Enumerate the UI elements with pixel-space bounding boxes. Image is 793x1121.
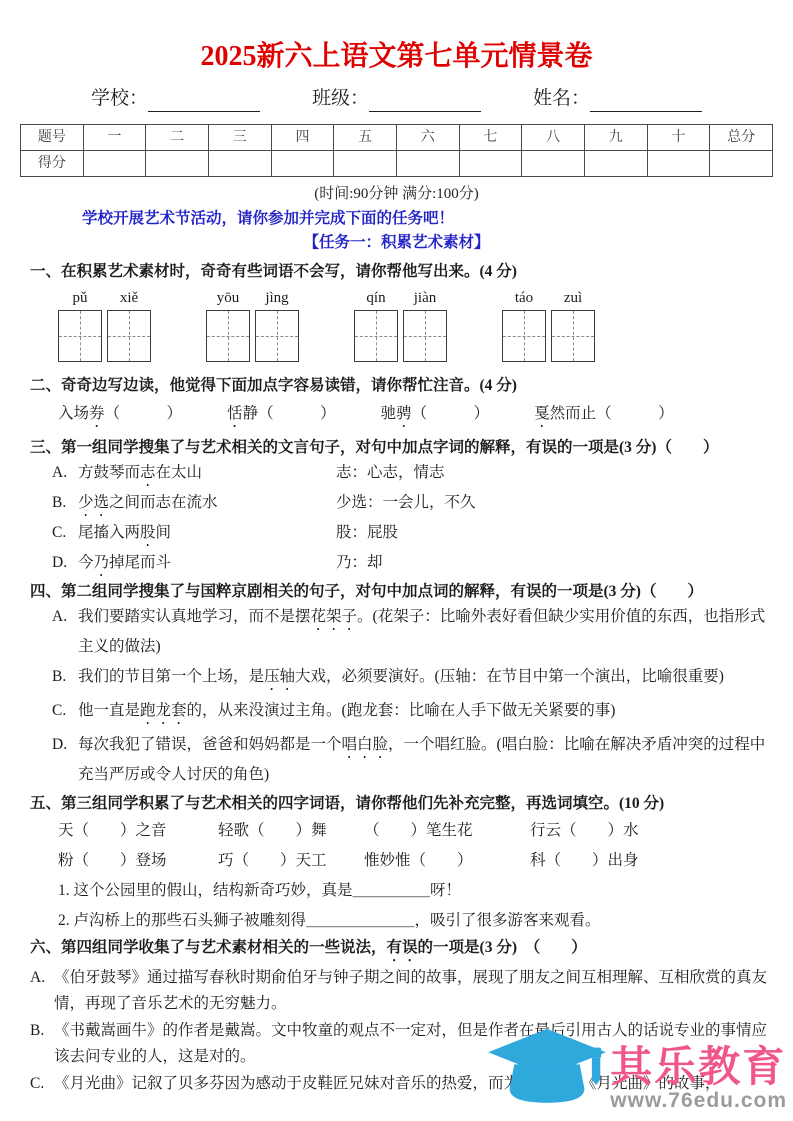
q6-heading: 六、第四组同学收集了与艺术素材相关的一些说法，有误的一项是(3 分) （ ） [30,936,773,965]
class-field: 班级： [312,86,481,112]
sentence-text: 掉尾而斗 [109,554,171,571]
dotted-char: 戛 [534,405,550,422]
option-label: C. [52,520,78,550]
dotted-word: 压轴 [264,668,295,685]
pinyin-syllable: zuì [551,288,595,308]
sentence-text: 我们要踏实认真地学习，而不是摆 [78,608,311,625]
score-empty-cell [146,151,209,177]
class-label: 班级： [312,88,369,109]
score-empty-cell [710,151,773,177]
score-header-cell: 二 [146,125,209,151]
writing-grid-box [354,310,398,362]
option-sentence: 今乃掉尾而斗 [78,550,336,580]
pinyin-labels: qín jiàn [354,288,447,308]
option-text: 每次我犯了错误，爸爸和妈妈都是一个唱白脸，一个唱红脸。(唱白脸：比喻在解决矛盾冲… [78,732,773,788]
idiom-blank: 科（ ）出身 [530,846,773,876]
sentence-text: 的，从来没演过主角。(跑龙套：比喻在人手下做无关紧要的事) [187,702,616,719]
q2-word: 戛然而止（ ） [534,401,674,431]
pinyin-group: qín jiàn [354,288,447,362]
score-empty-cell [584,151,647,177]
pinyin-labels: táo zuì [502,288,595,308]
sentence-text: 之间而志在流水 [109,494,218,511]
score-empty-cell [208,151,271,177]
option-label: A. [52,604,78,660]
idiom-blank: 轻歌（ ）舞 [218,816,364,846]
school-label: 学校： [91,88,148,109]
sentence-text: 每次我犯了错误，爸爸和妈妈都是一个 [78,736,342,753]
brand-name: 其乐教育 [610,1045,787,1089]
sentence-text: 在太山 [156,464,203,481]
pinyin-syllable: jìng [255,288,299,308]
q5-heading: 五、第三组同学积累了与艺术相关的四字词语，请你帮他们先补充完整，再选词填空。(1… [30,792,773,816]
dotted-char: 股 [140,524,156,541]
school-blank-line [148,91,260,112]
score-empty-cell [271,151,334,177]
score-header-cell: 五 [334,125,397,151]
pinyin-syllable: pǔ [58,288,102,308]
score-empty-cell [334,151,397,177]
dotted-char: 志 [140,464,156,481]
dotted-word: 跑龙套 [140,702,187,719]
q5-fill-sentence-1: 1. 这个公园里的假山，结构新奇巧妙，真是＿＿＿＿＿呀！ [58,876,773,906]
option-sentence: 方鼓琴而志在太山 [78,460,336,490]
word-text: 入场 [58,405,89,422]
option-explanation: 志：心志，情志 [336,460,445,490]
q3-option-b: B. 少选之间而志在流水 少选：一会儿，不久 [52,490,773,520]
option-explanation: 股：屁股 [336,520,398,550]
score-header-cell: 一 [83,125,146,151]
option-explanation: 少选：一会儿，不久 [336,490,476,520]
idiom-blank: 行云（ ）水 [530,816,773,846]
pinyin-group: yōu jìng [206,288,299,362]
pinyin-syllable: táo [502,288,546,308]
option-label: A. [52,460,78,490]
dotted-word: 唱白脸 [342,736,389,753]
exam-paper: 2025新六上语文第七单元情景卷 学校： 班级： 姓名： 题号 一 二 三 四 … [0,0,793,1097]
answer-paren: （ ） [105,405,183,422]
idiom-blank: 天（ ）之音 [58,816,218,846]
dotted-char: 券 [89,405,105,422]
q1-heading: 一、在积累艺术素材时，奇奇有些词语不会写，请你帮他写出来。(4 分) [30,260,773,284]
writing-grid-box [502,310,546,362]
sentence-text: 他一直是 [78,702,140,719]
score-header-cell: 三 [208,125,271,151]
option-label: C. [52,698,78,728]
option-text: 他一直是跑龙套的，从来没演过主角。(跑龙套：比喻在人手下做无关紧要的事) [78,698,773,728]
score-table: 题号 一 二 三 四 五 六 七 八 九 十 总分 得分 [20,124,773,177]
word-text: 驰 [381,405,397,422]
answer-paren: 然而止（ ） [550,405,674,422]
brand-logo: 其乐教育 www.76edu.com [486,1027,787,1113]
q2-word: 恬静（ ） [227,401,336,431]
q3-heading: 三、第一组同学搜集了与艺术相关的文言句子，对句中加点字词的解释，有误的一项是(3… [30,436,773,460]
option-label: B. [30,1018,54,1069]
dotted-word: 有误 [387,939,418,956]
name-blank-line [590,91,702,112]
score-header-cell: 六 [396,125,459,151]
option-label: B. [52,490,78,520]
score-header-cell: 九 [584,125,647,151]
q5-fill-sentence-2: 2. 卢沟桥上的那些石头狮子被雕刻得＿＿＿＿＿＿＿，吸引了很多游客来观看。 [58,906,773,936]
dotted-char: 乃 [94,554,110,571]
answer-paren: （ ） [412,405,490,422]
option-label: B. [52,664,78,694]
writing-grid-box [551,310,595,362]
option-text: 我们要踏实认真地学习，而不是摆花架子。(花架子：比喻外表好看但缺少实用价值的东西… [78,604,773,660]
class-blank-line [369,91,481,112]
q3-option-d: D. 今乃掉尾而斗 乃：却 [52,550,773,580]
q2-heading: 二、奇奇边写边读，他觉得下面加点字容易读错，请你帮忙注音。(4 分) [30,374,773,398]
idiom-blank: 巧（ ）天工 [218,846,364,876]
score-table-score-row: 得分 [21,151,773,177]
sentence-text: 我们的节目第一个上场，是 [78,668,264,685]
option-text: 《伯牙鼓琴》通过描写春秋时期俞伯牙与钟子期之间的故事，展现了朋友之间互相理解、互… [54,965,773,1016]
score-header-cell: 总分 [710,125,773,151]
q5-idiom-row-1: 天（ ）之音 轻歌（ ）舞 （ ）笔生花 行云（ ）水 [58,816,773,846]
score-header-cell: 十 [647,125,710,151]
score-header-cell: 七 [459,125,522,151]
q6-option-a: A. 《伯牙鼓琴》通过描写春秋时期俞伯牙与钟子期之间的故事，展现了朋友之间互相理… [30,965,773,1016]
pinyin-labels: pǔ xiě [58,288,151,308]
q3-option-c: C. 尾搐入两股间 股：屁股 [52,520,773,550]
score-header-cell: 四 [271,125,334,151]
q4-option-a: A. 我们要踏实认真地学习，而不是摆花架子。(花架子：比喻外表好看但缺少实用价值… [52,604,773,660]
score-empty-cell [396,151,459,177]
school-field: 学校： [91,86,260,112]
student-info-row: 学校： 班级： 姓名： [20,86,773,112]
idiom-blank: （ ）笔生花 [364,816,530,846]
option-label: D. [52,732,78,788]
task1-heading: 【任务一：积累艺术素材】 [20,231,773,255]
q4-option-b: B. 我们的节目第一个上场，是压轴大戏，必须要演好。(压轴：在节目中第一个演出，… [52,664,773,694]
score-empty-cell [647,151,710,177]
pinyin-group: pǔ xiě [58,288,151,362]
dotted-char: 恬 [227,405,243,422]
graduation-cap-icon [486,1027,608,1113]
option-explanation: 乃：却 [336,550,383,580]
dotted-char: 少选 [78,494,109,511]
score-empty-cell [459,151,522,177]
score-header-cell: 题号 [21,125,84,151]
pinyin-syllable: qín [354,288,398,308]
q2-word: 驰骋（ ） [381,401,490,431]
pinyin-syllable: jiàn [403,288,447,308]
option-label: D. [52,550,78,580]
heading-text: 六、第四组同学收集了与艺术素材相关的一些说法， [30,939,387,956]
score-header-cell: 八 [522,125,585,151]
q4-option-c: C. 他一直是跑龙套的，从来没演过主角。(跑龙套：比喻在人手下做无关紧要的事) [52,698,773,728]
q2-word-row: 入场券（ ） 恬静（ ） 驰骋（ ） 戛然而止（ ） [58,401,773,431]
q3-option-a: A. 方鼓琴而志在太山 志：心志，情志 [52,460,773,490]
writing-grid-box [403,310,447,362]
q2-word: 入场券（ ） [58,401,182,431]
score-row-label: 得分 [21,151,84,177]
option-label: A. [30,965,54,1016]
pinyin-syllable: yōu [206,288,250,308]
q5-idiom-row-2: 粉（ ）登场 巧（ ）天工 惟妙惟（ ） 科（ ）出身 [58,846,773,876]
sentence-text: 今 [78,554,94,571]
sentence-text: 方鼓琴而 [78,464,140,481]
score-empty-cell [522,151,585,177]
pinyin-syllable: xiě [107,288,151,308]
dotted-char: 骋 [396,405,412,422]
pinyin-labels: yōu jìng [206,288,299,308]
option-text: 我们的节目第一个上场，是压轴大戏，必须要演好。(压轴：在节目中第一个演出，比喻很… [78,664,773,694]
pinyin-group: táo zuì [502,288,595,362]
page-title: 2025新六上语文第七单元情景卷 [20,40,773,74]
brand-text-block: 其乐教育 www.76edu.com [610,1045,787,1113]
writing-grid-box [206,310,250,362]
brand-url: www.76edu.com [610,1089,787,1113]
heading-text: 的一项是(3 分) （ ） [418,939,587,956]
time-limit-info: (时间:90分钟 满分:100分) [20,183,773,205]
writing-grid-box [255,310,299,362]
sentence-text: 间 [156,524,172,541]
option-label: C. [30,1071,54,1097]
option-sentence: 尾搐入两股间 [78,520,336,550]
score-empty-cell [83,151,146,177]
name-label: 姓名： [533,88,590,109]
sentence-text: 大戏，必须要演好。(压轴：在节目中第一个演出，比喻很重要) [295,668,724,685]
scenario-intro-text: 学校开展艺术节活动，请你参加并完成下面的任务吧！ [82,207,773,231]
score-table-header-row: 题号 一 二 三 四 五 六 七 八 九 十 总分 [21,125,773,151]
option-sentence: 少选之间而志在流水 [78,490,336,520]
q1-writing-area: pǔ xiě yōu jìng qín jiàn [58,288,773,362]
answer-paren: 静（ ） [243,405,336,422]
writing-grid-box [58,310,102,362]
idiom-blank: 惟妙惟（ ） [364,846,530,876]
dotted-word: 花架子 [311,608,358,625]
writing-grid-box [107,310,151,362]
q4-heading: 四、第二组同学搜集了与国粹京剧相关的句子，对句中加点词的解释，有误的一项是(3 … [30,580,773,604]
sentence-text: 尾搐入两 [78,524,140,541]
name-field: 姓名： [533,86,702,112]
idiom-blank: 粉（ ）登场 [58,846,218,876]
q4-option-d: D. 每次我犯了错误，爸爸和妈妈都是一个唱白脸，一个唱红脸。(唱白脸：比喻在解决… [52,732,773,788]
